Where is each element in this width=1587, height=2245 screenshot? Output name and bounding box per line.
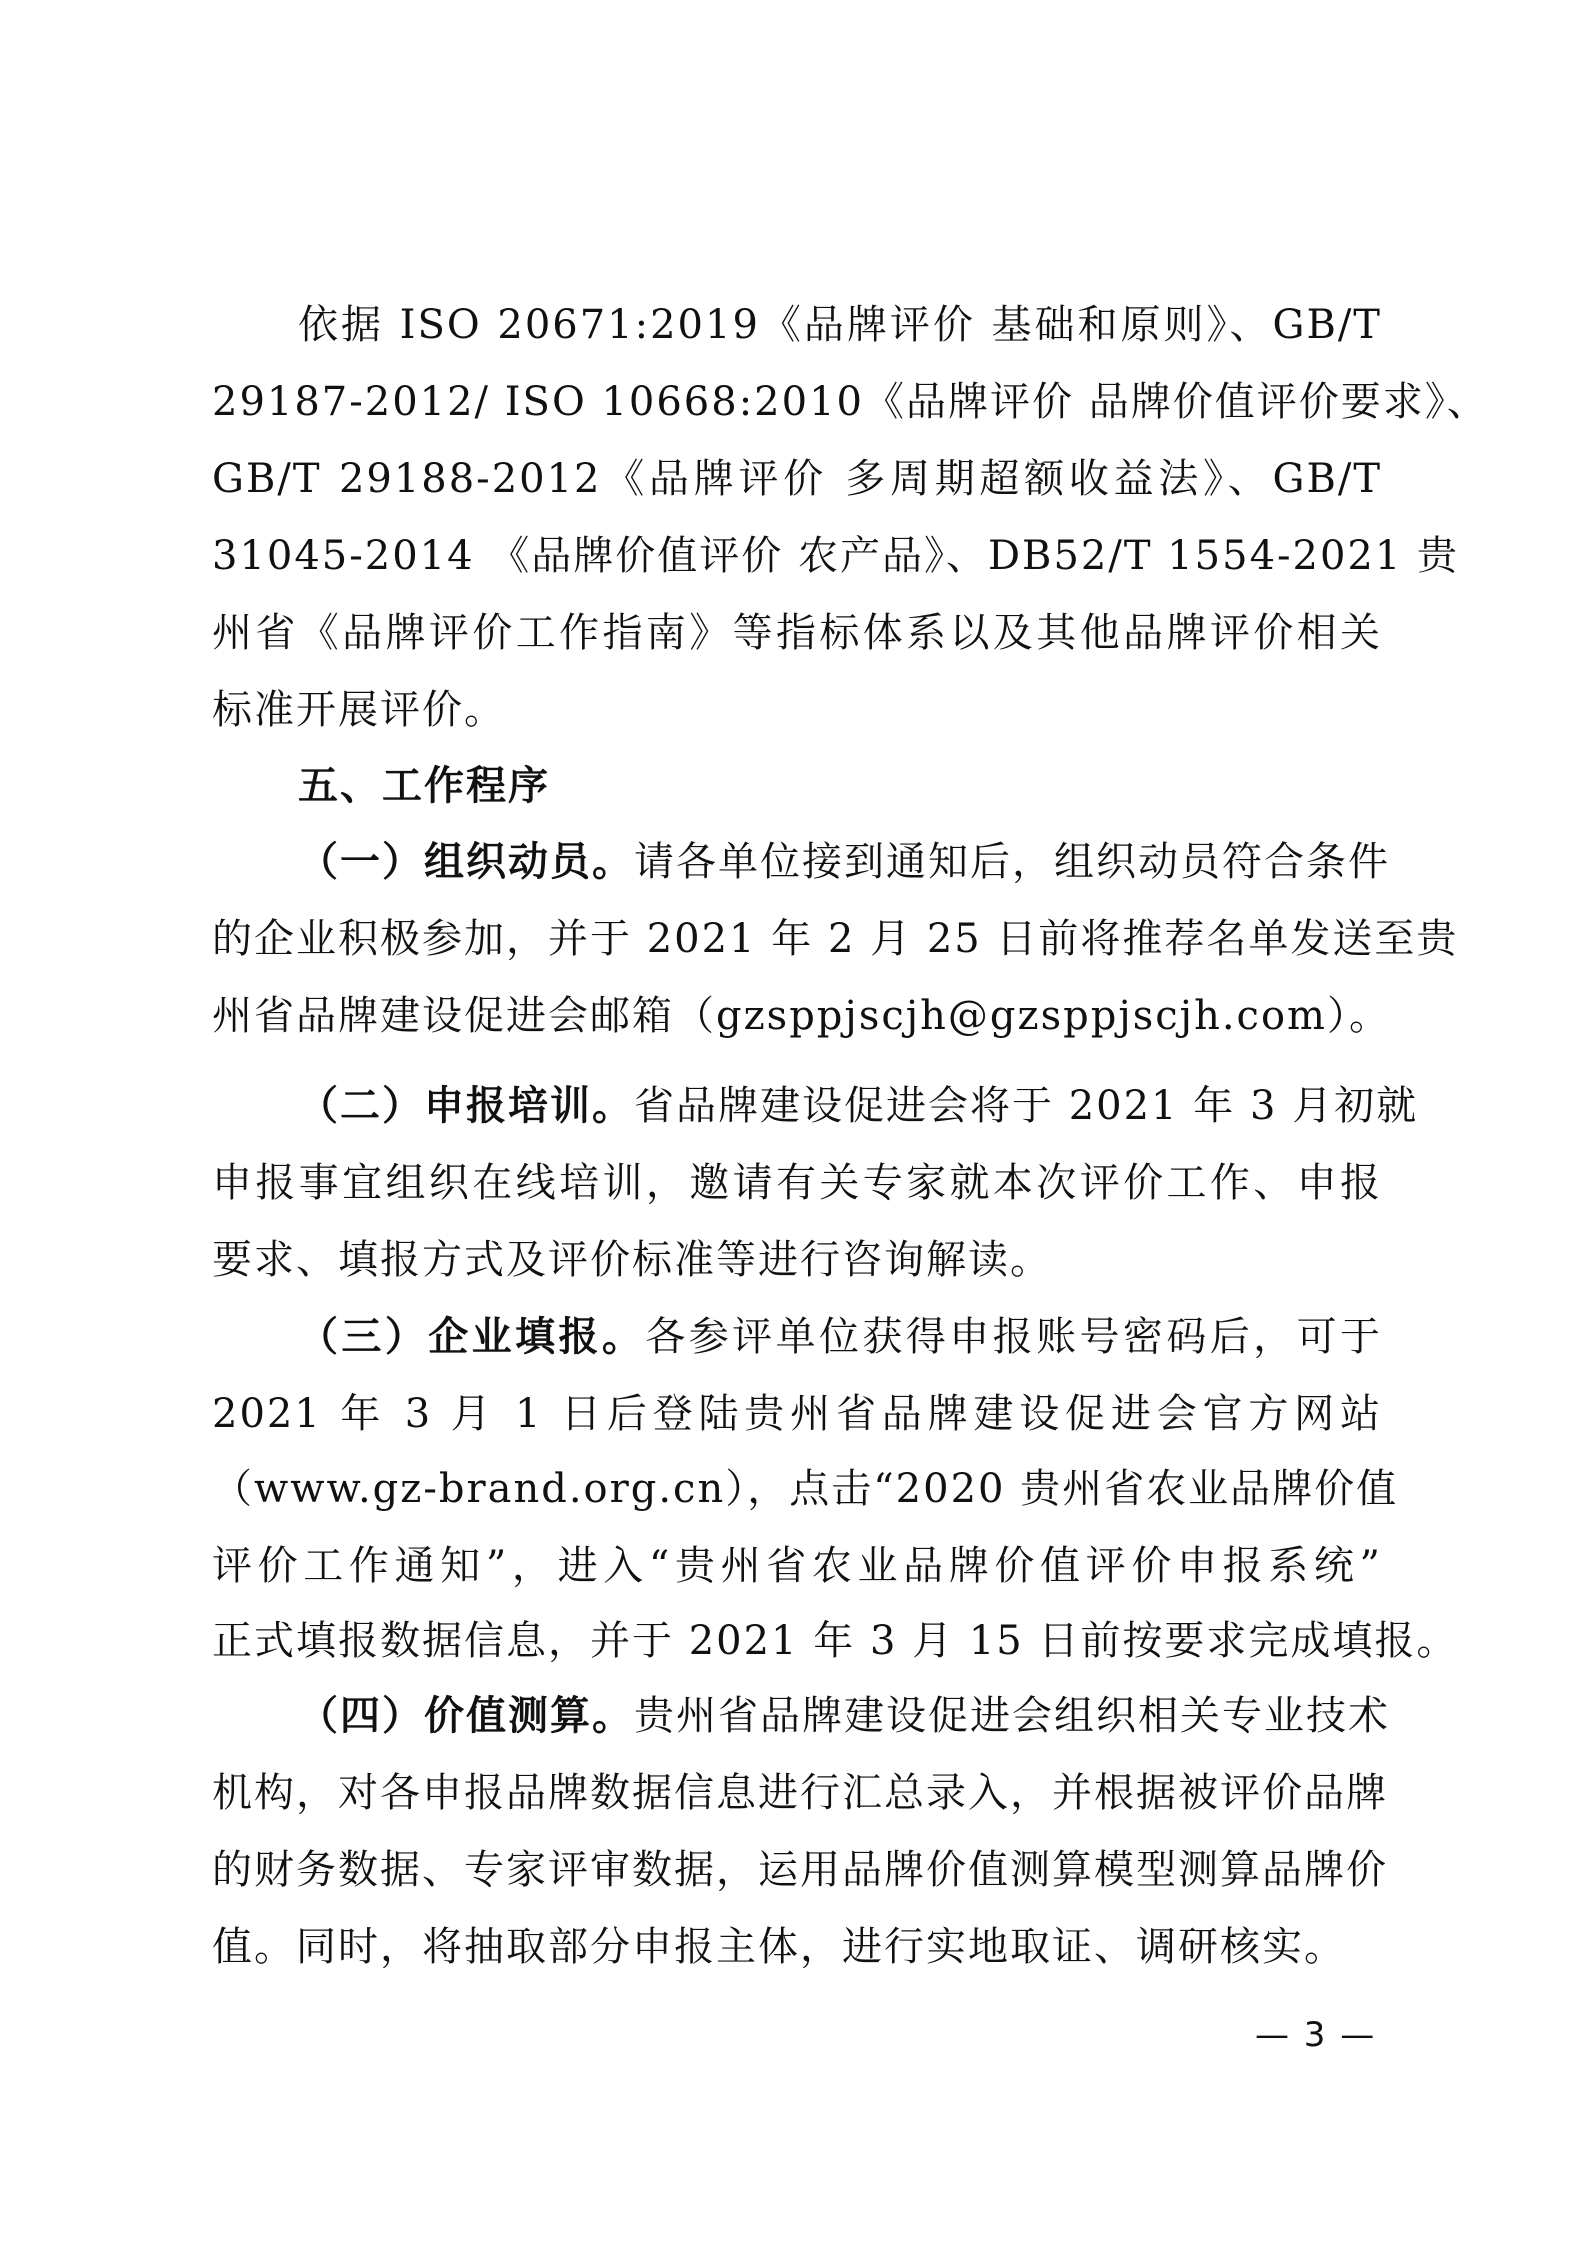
- section-heading: 五、工作程序: [212, 762, 550, 810]
- standards-paragraph-line-5: 州省《品牌评价工作指南》等指标体系以及其他品牌评价相关: [212, 609, 1382, 657]
- step-3-line-3: （www.gz-brand.org.cn），点击“2020 贵州省农业品牌价值: [212, 1465, 1382, 1513]
- step-1-line-3: 州省品牌建设促进会邮箱（gzsppjscjh@gzsppjscjh.com）。: [212, 992, 1391, 1040]
- step-4-line-2: 机构，对各申报品牌数据信息进行汇总录入，并根据被评价品牌: [212, 1769, 1382, 1817]
- step-3-line-1: （三）企业填报。各参评单位获得申报账号密码后，可于: [212, 1313, 1382, 1361]
- step-4-line-1: （四）价值测算。贵州省品牌建设促进会组织相关专业技术: [212, 1692, 1382, 1740]
- step-1-line-1: （一）组织动员。请各单位接到通知后，组织动员符合条件: [212, 838, 1382, 886]
- standards-paragraph-line-4: 31045-2014 《品牌价值评价 农产品》、DB52/T 1554-2021…: [212, 532, 1382, 580]
- step-1-title: （一）组织动员。: [298, 839, 634, 885]
- step-3-text: 各参评单位获得申报账号密码后，可于: [645, 1314, 1382, 1360]
- step-4-line-3: 的财务数据、专家评审数据，运用品牌价值测算模型测算品牌价: [212, 1846, 1382, 1894]
- step-1-text: 请各单位接到通知后，组织动员符合条件: [634, 839, 1390, 885]
- standards-paragraph-line-3: GB/T 29188-2012《品牌评价 多周期超额收益法》、GB/T: [212, 455, 1382, 503]
- step-4-line-4: 值。同时，将抽取部分申报主体，进行实地取证、调研核实。: [212, 1923, 1346, 1971]
- step-2-text: 省品牌建设促进会将于 2021 年 3 月初就: [634, 1083, 1418, 1129]
- step-2-line-1: （二）申报培训。省品牌建设促进会将于 2021 年 3 月初就: [212, 1082, 1382, 1130]
- step-4-title: （四）价值测算。: [298, 1693, 634, 1739]
- standards-paragraph-line-1: 依据 ISO 20671:2019《品牌评价 基础和原则》、GB/T: [212, 301, 1382, 349]
- step-3-title: （三）企业填报。: [298, 1314, 645, 1360]
- step-3-line-2: 2021 年 3 月 1 日后登陆贵州省品牌建设促进会官方网站: [212, 1390, 1382, 1438]
- standards-paragraph-line-6: 标准开展评价。: [212, 686, 506, 734]
- page-number: — 3 —: [1255, 2015, 1376, 2055]
- step-1-line-2: 的企业积极参加，并于 2021 年 2 月 25 日前将推荐名单发送至贵: [212, 915, 1382, 963]
- standards-paragraph-line-2: 29187-2012/ ISO 10668:2010《品牌评价 品牌价值评价要求…: [212, 378, 1382, 426]
- step-2-line-3: 要求、填报方式及评价标准等进行咨询解读。: [212, 1236, 1052, 1284]
- step-3-line-5: 正式填报数据信息，并于 2021 年 3 月 15 日前按要求完成填报。: [212, 1617, 1458, 1665]
- step-2-title: （二）申报培训。: [298, 1083, 634, 1129]
- step-2-line-2: 申报事宜组织在线培训，邀请有关专家就本次评价工作、申报: [212, 1159, 1382, 1207]
- step-4-text: 贵州省品牌建设促进会组织相关专业技术: [634, 1693, 1390, 1739]
- step-3-line-4: 评价工作通知”，进入“贵州省农业品牌价值评价申报系统”: [212, 1542, 1382, 1590]
